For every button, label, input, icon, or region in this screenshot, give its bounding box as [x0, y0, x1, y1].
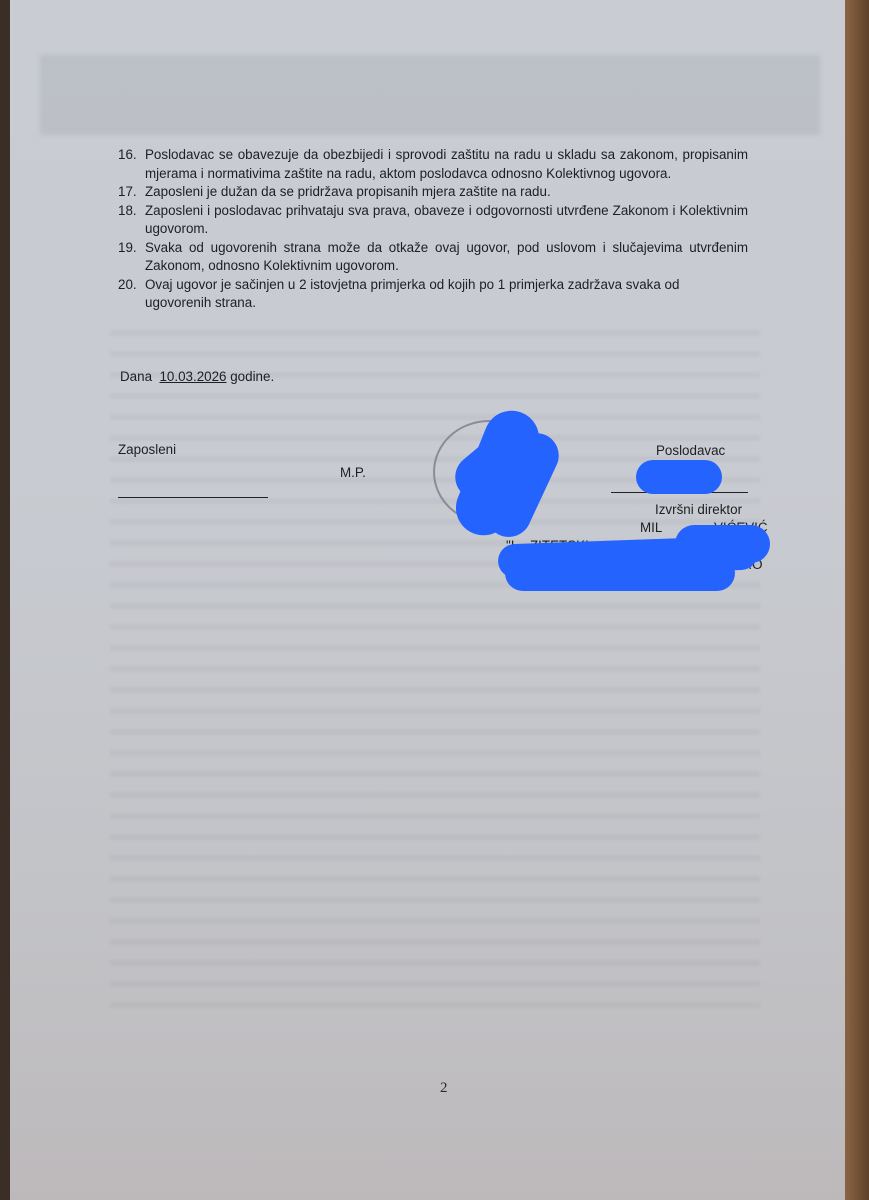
stamp-label: M.P. — [340, 465, 366, 480]
director-title: Izvršni direktor — [655, 502, 742, 517]
clause-20: 20.Ovaj ugovor je sačinjen u 2 istovjetn… — [118, 276, 748, 313]
date-line: Dana 10.03.2026 godine. — [120, 369, 274, 384]
page-number: 2 — [440, 1080, 448, 1097]
reverse-side-bleedthrough — [110, 330, 760, 1010]
clause-18: 18.Zaposleni i poslodavac prihvataju sva… — [118, 202, 748, 239]
clause-16: 16.Poslodavac se obavezuje da obezbijedi… — [118, 146, 748, 183]
employee-label: Zaposleni — [118, 442, 176, 457]
director-name-fragment: MIL — [640, 520, 662, 535]
employee-signature-line — [118, 497, 268, 498]
redaction-mark — [636, 460, 722, 494]
redaction-mark — [505, 555, 735, 591]
clause-19: 19.Svaka od ugovorenih strana može da ot… — [118, 239, 748, 276]
contract-date: 10.03.2026 — [159, 369, 226, 384]
header-bleedthrough — [40, 55, 820, 135]
employer-label: Poslodavac — [656, 443, 725, 458]
clause-17: 17.Zaposleni je dužan da se pridržava pr… — [118, 183, 748, 202]
contract-clauses: 16.Poslodavac se obavezuje da obezbijedi… — [118, 146, 748, 313]
